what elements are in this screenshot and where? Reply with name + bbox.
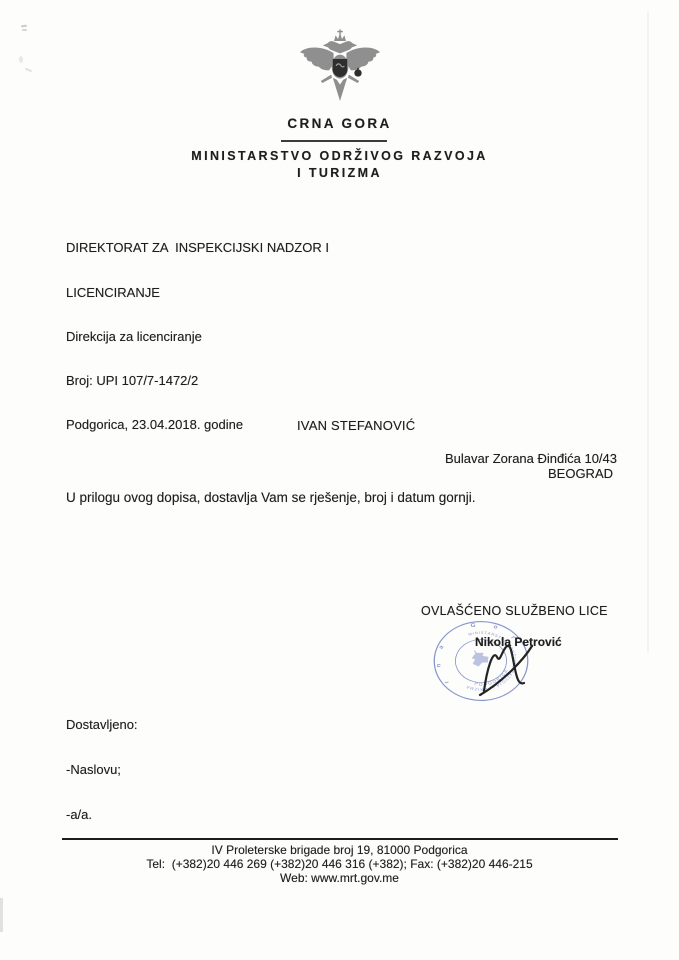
scan-artifact: [19, 56, 23, 63]
scan-edge-line: [647, 12, 649, 652]
sender-block: DIREKTORAT ZA INSPEKCIJSKI NADZOR I LICE…: [66, 212, 329, 462]
montenegro-coat-of-arms-icon: [296, 28, 384, 110]
recipient-address: Bulavar Zorana Đinđića 10/43: [445, 452, 617, 467]
scan-artifact: [21, 25, 27, 28]
footer-phone: Tel: (+382)20 446 269 (+382)20 446 316 (…: [0, 858, 679, 871]
letterhead-divider: [281, 140, 387, 142]
country-name: CRNA GORA: [0, 116, 679, 131]
ministry-name-line1: MINISTARSTVO ODRŽIVOG RAZVOJA: [0, 149, 679, 163]
footer-web: Web: www.mrt.gov.me: [0, 872, 679, 885]
reference-number: Broj: UPI 107/7-1472/2: [66, 374, 329, 389]
footer-divider: [62, 838, 618, 840]
distribution-item: -Naslovu;: [66, 762, 138, 777]
distribution-label: Dostavljeno:: [66, 717, 138, 732]
document-page: CRNA GORA MINISTARSTVO ODRŽIVOG RAZVOJA …: [0, 0, 679, 960]
directorate-line1: DIREKTORAT ZA INSPEKCIJSKI NADZOR I: [66, 241, 329, 256]
scan-artifact: [0, 898, 3, 932]
scan-artifact: [25, 68, 32, 73]
body-paragraph: U prilogu ovog dopisa, dostavlja Vam se …: [66, 490, 475, 505]
directorate-line2: LICENCIRANJE: [66, 286, 329, 301]
recipient-name: IVAN STEFANOVIĆ: [297, 419, 415, 434]
distribution-item: -a/a.: [66, 807, 138, 822]
scan-artifact: [22, 29, 27, 31]
ministry-name-line2: I TURIZMA: [0, 166, 679, 180]
handwritten-signature-icon: [478, 643, 536, 697]
distribution-block: Dostavljeno: -Naslovu; -a/a.: [66, 687, 138, 852]
signatory-title: OVLAŠĆENO SLUŽBENO LICE: [421, 604, 608, 618]
recipient-city: BEOGRAD: [548, 467, 613, 482]
directorate-unit: Direkcija za licenciranje: [66, 330, 329, 345]
footer-address: IV Proleterske brigade broj 19, 81000 Po…: [0, 844, 679, 857]
place-and-date: Podgorica, 23.04.2018. godine: [66, 418, 329, 433]
